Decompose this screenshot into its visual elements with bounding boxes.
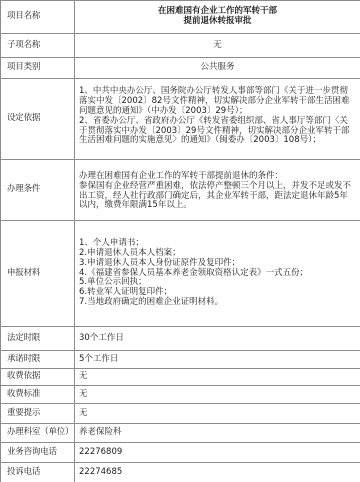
conditions-value: 办理在困难国有企业工作的军转干部提前退休的条件： 参保国有企业经营严重困难，依法… [75,160,360,221]
project-category-value: 公共服务 [75,58,360,79]
row-label-statutory-time-limit: 法定时限 [1,327,75,351]
row-label-fee-basis: 收费依据 [1,369,75,386]
important-note-value: 无 [75,404,360,424]
row-label-promised-time-limit: 承诺时限 [1,351,75,369]
fee-basis-value: 无 [75,369,360,386]
table-row: 申报材料 1、个人申请书； 2.申请退休人员本人档案； 3.申请退休人员本人身份… [1,221,360,327]
table-row: 项目类别 公共服务 [1,58,360,79]
legal-basis-text: 1、中共中央办公厅、国务院办公厅转发人事部等部门《关于进一步贯彻落实中发〔200… [79,87,356,146]
row-label-subitem-name: 子项名称 [1,34,75,58]
table-row: 业务咨询电话 22276809 [1,443,360,463]
table-row: 承诺时限 5个工作日 [1,351,360,369]
statutory-time-limit-value: 30个工作日 [75,327,360,351]
materials-value: 1、个人申请书； 2.申请退休人员本人档案； 3.申请退休人员本人身份证原件及复… [75,221,360,327]
table-row: 收费标准 无 [1,386,360,404]
table-row: 投诉电话 22274685 [1,463,360,482]
table-row: 办理条件 办理在困难国有企业工作的军转干部提前退休的条件： 参保国有企业经营严重… [1,160,360,221]
row-label-legal-basis: 设定依据 [1,79,75,160]
service-info-page: 项目名称 在困难国有企业工作的军转干部 提前退休转报审批 子项名称 无 项目类别… [0,0,360,482]
row-label-complaint-phone: 投诉电话 [1,463,75,482]
row-label-fee-standard: 收费标准 [1,386,75,404]
row-label-handling-office: 办理科室（单位） [1,424,75,443]
table-row: 项目名称 在困难国有企业工作的军转干部 提前退休转报审批 [1,1,360,34]
row-label-conditions: 办理条件 [1,160,75,221]
conditions-text: 办理在困难国有企业工作的军转干部提前退休的条件： 参保国有企业经营严重困难，依法… [79,169,356,211]
table-row: 重要提示 无 [1,404,360,424]
table-row: 设定依据 1、中共中央办公厅、国务院办公厅转发人事部等部门《关于进一步贯彻落实中… [1,79,360,160]
service-info-table: 项目名称 在困难国有企业工作的军转干部 提前退休转报审批 子项名称 无 项目类别… [0,0,360,482]
subitem-name-value: 无 [75,34,360,58]
table-row: 子项名称 无 [1,34,360,58]
row-label-inquiry-phone: 业务咨询电话 [1,443,75,463]
table-row: 收费依据 无 [1,369,360,386]
table-row: 法定时限 30个工作日 [1,327,360,351]
row-label-important-note: 重要提示 [1,404,75,424]
fee-standard-value: 无 [75,386,360,404]
row-label-project-category: 项目类别 [1,58,75,79]
project-title: 在困难国有企业工作的军转干部 提前退休转报审批 [75,1,360,34]
table-row: 办理科室（单位） 养老保险科 [1,424,360,443]
row-label-project-name: 项目名称 [1,1,75,34]
inquiry-phone-value: 22276809 [75,443,360,463]
row-label-materials: 申报材料 [1,221,75,327]
handling-office-value: 养老保险科 [75,424,360,443]
complaint-phone-value: 22274685 [75,463,360,482]
promised-time-limit-value: 5个工作日 [75,351,360,369]
legal-basis-value: 1、中共中央办公厅、国务院办公厅转发人事部等部门《关于进一步贯彻落实中发〔200… [75,79,360,160]
